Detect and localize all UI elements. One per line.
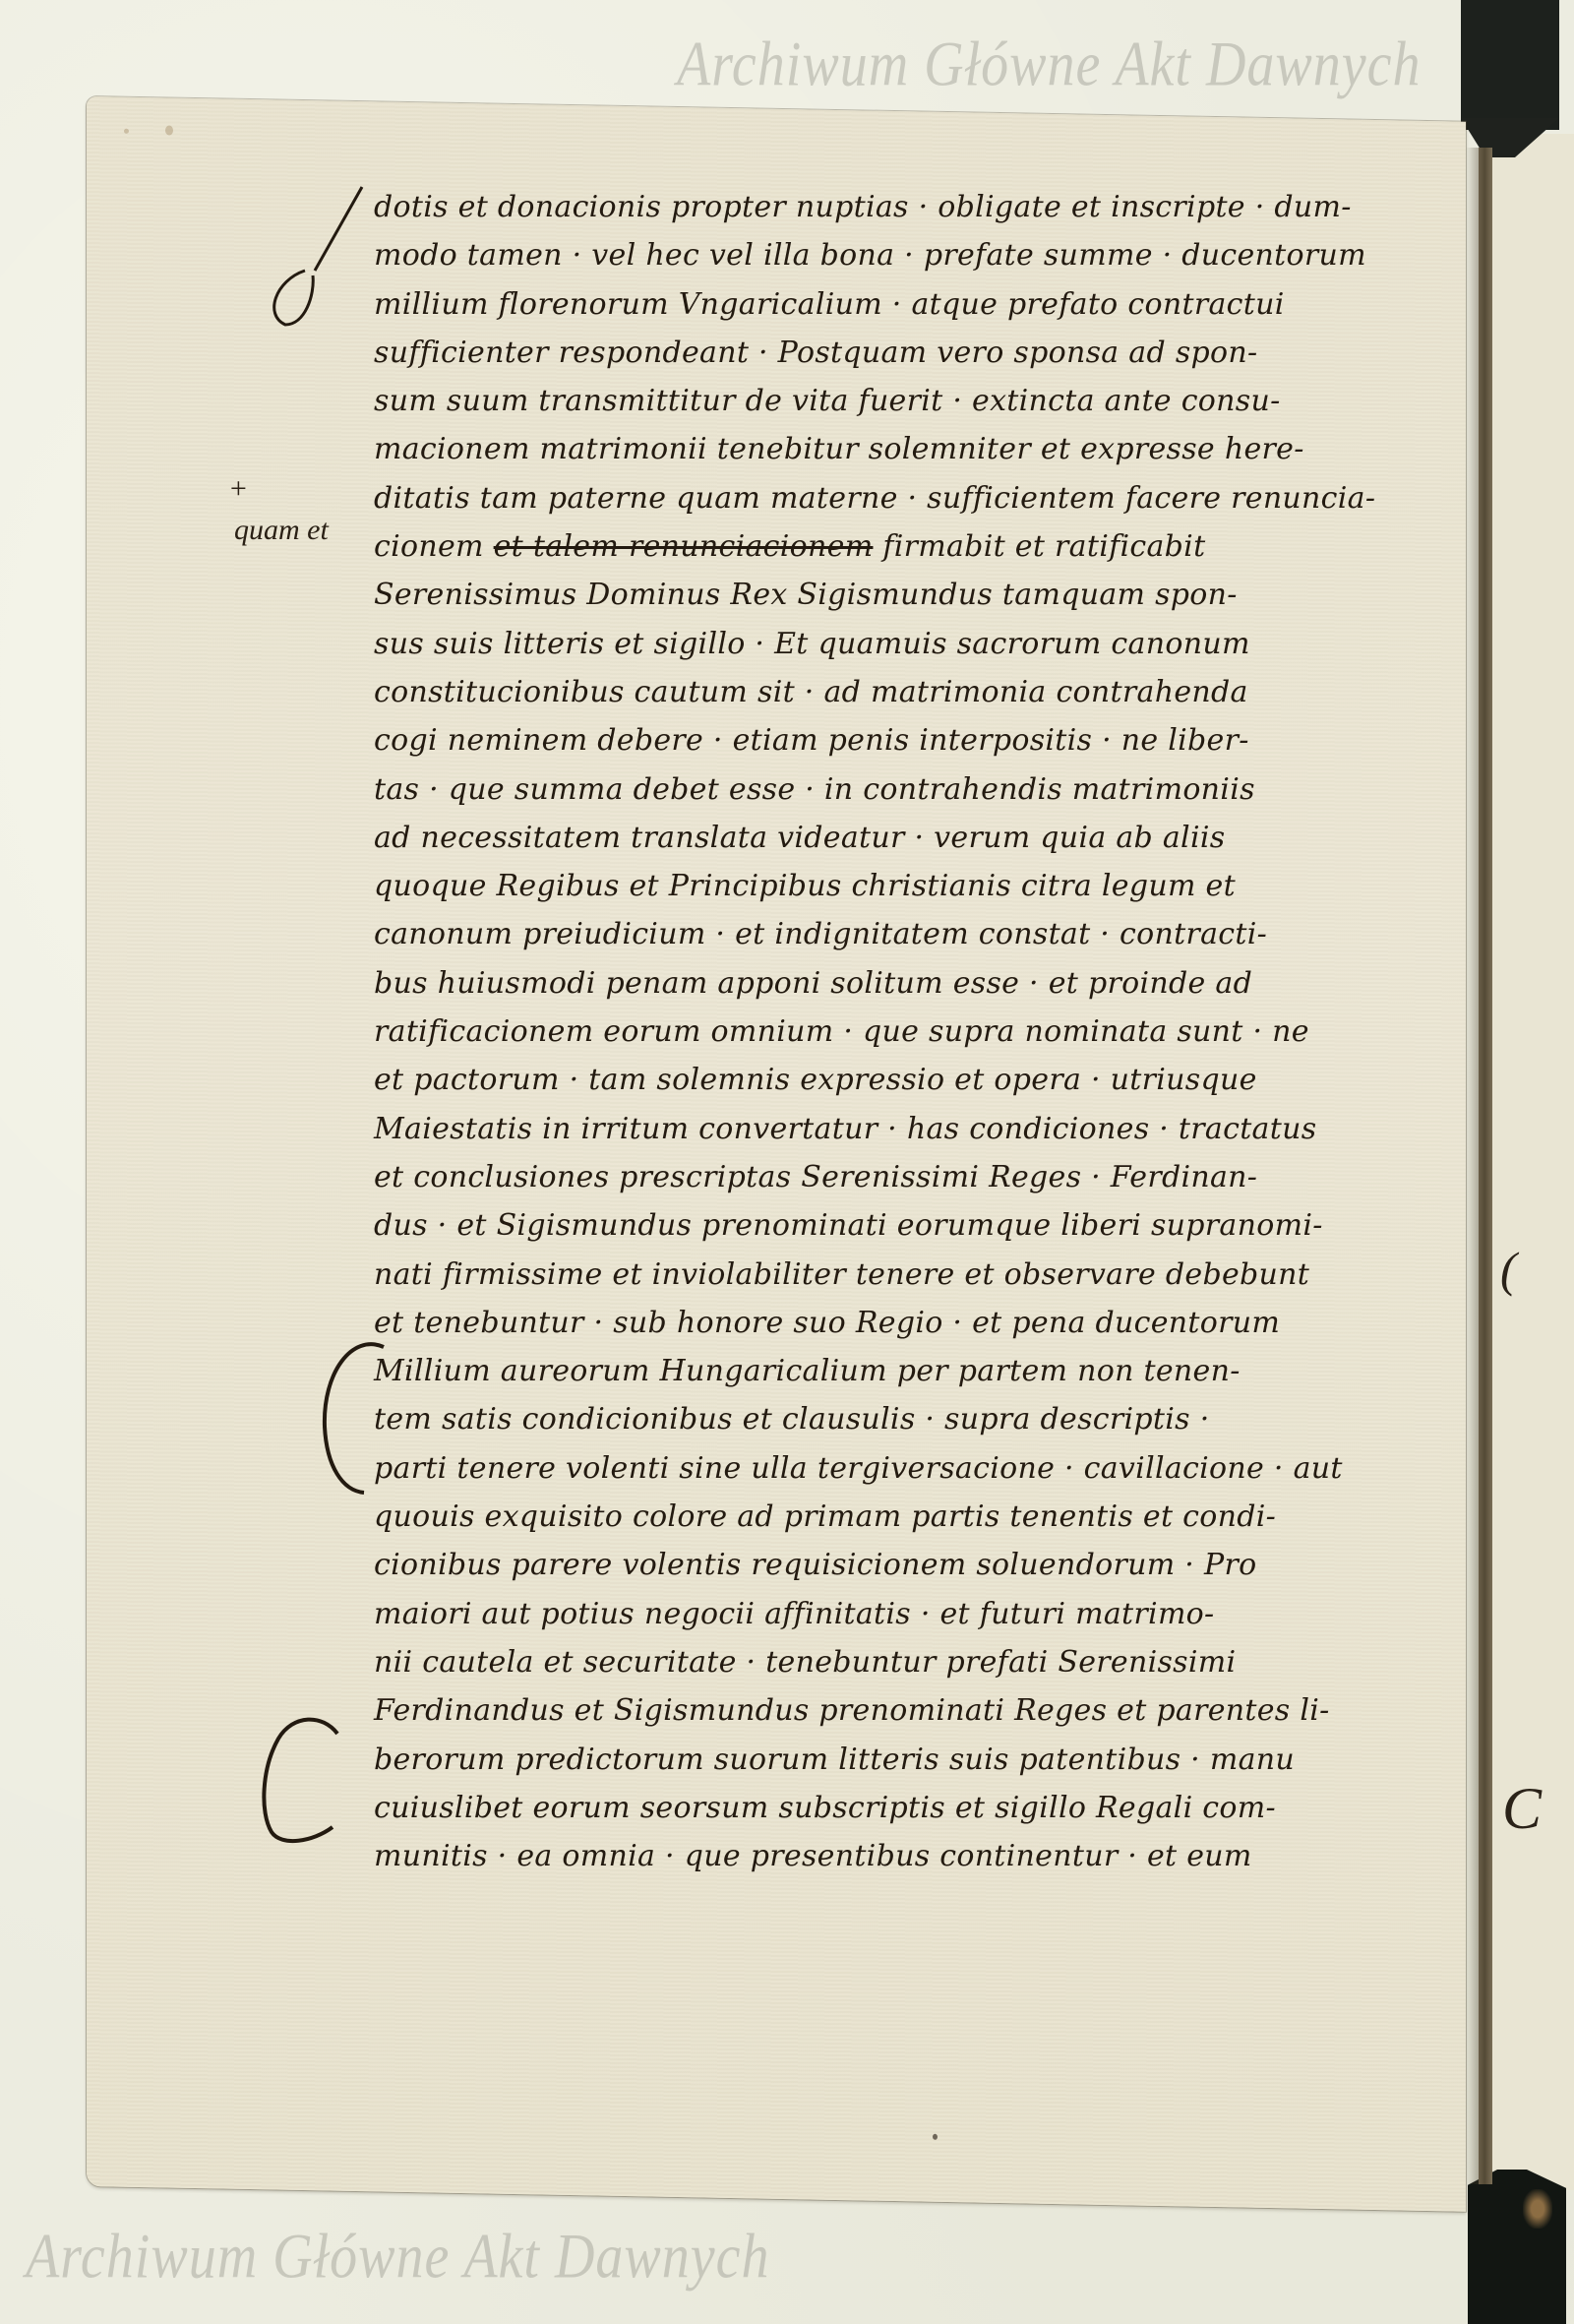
paper-stain: [933, 2134, 938, 2140]
text-segment: cionem: [374, 529, 484, 564]
text-line-with-deletion: cionem et talem renunciacionem firmabit …: [374, 522, 1436, 571]
facing-page-ink-mark: C: [1502, 1775, 1542, 1843]
manuscript-text: dotis et donacionis propter nuptias · ob…: [374, 183, 1436, 1880]
watermark-top: Archiwum Główne Akt Dawnych: [677, 29, 1421, 101]
text-line: canonum preiudicium · et indignitatem co…: [374, 910, 1436, 958]
text-line: Serenissimus Dominus Rex Sigismundus tam…: [374, 571, 1436, 619]
binding-strip-top: [1461, 0, 1559, 130]
struck-through-text: et talem renunciacionem: [494, 529, 874, 564]
text-line: macionem matrimonii tenebitur solemniter…: [374, 425, 1436, 473]
text-line: ditatis tam paterne quam materne · suffi…: [374, 474, 1436, 522]
capital-c-flourish-icon: [254, 1714, 342, 1862]
text-line: ad necessitatem translata videatur · ver…: [374, 814, 1436, 862]
text-line: sus suis litteris et sigillo · Et quamui…: [374, 620, 1436, 668]
binding-stain: [1523, 2189, 1552, 2229]
text-line: sum suum transmittitur de vita fuerit · …: [374, 377, 1436, 425]
text-line: et tenebuntur · sub honore suo Regio · e…: [374, 1299, 1436, 1347]
text-line: quoque Regibus et Principibus christiani…: [374, 862, 1436, 910]
facing-page-ink-mark: (: [1500, 1241, 1517, 1298]
text-line: Millium aureorum Hungaricalium per parte…: [374, 1347, 1436, 1395]
text-line: munitis · ea omnia · que presentibus con…: [374, 1832, 1436, 1880]
text-line: nii cautela et securitate · tenebuntur p…: [374, 1638, 1436, 1686]
text-line: ratificacionem eorum omnium · que supra …: [374, 1008, 1436, 1056]
initial-flourish-icon: [246, 177, 374, 335]
text-line: dotis et donacionis propter nuptias · ob…: [374, 183, 1436, 231]
gutter-shadow: [1466, 148, 1479, 2184]
text-line: nati firmissime et inviolabiliter tenere…: [374, 1251, 1436, 1299]
paper-stain: [165, 125, 173, 135]
text-line: millium florenorum Vngaricalium · atque …: [374, 280, 1436, 329]
text-segment: firmabit et ratificabit: [882, 529, 1205, 564]
text-line: tem satis condicionibus et clausulis · s…: [374, 1395, 1436, 1443]
text-line: bus huiusmodi penam apponi solitum esse …: [374, 959, 1436, 1008]
text-line: cionibus parere volentis requisicionem s…: [374, 1541, 1436, 1589]
margin-cross-mark: +: [228, 472, 248, 506]
text-line: parti tenere volenti sine ulla tergivers…: [374, 1444, 1436, 1493]
text-line: cogi neminem debere · etiam penis interp…: [374, 716, 1436, 764]
text-line: Maiestatis in irritum convertatur · has …: [374, 1105, 1436, 1153]
text-line: et conclusiones prescriptas Serenissimi …: [374, 1153, 1436, 1201]
text-line: cuiuslibet eorum seorsum subscriptis et …: [374, 1784, 1436, 1832]
paper-stain: [124, 129, 129, 134]
binding-gutter: [1479, 148, 1492, 2184]
text-line: sufficienter respondeant · Postquam vero…: [374, 329, 1436, 377]
text-line: Ferdinandus et Sigismundus prenominati R…: [374, 1686, 1436, 1735]
text-line: quouis exquisito colore ad primam partis…: [374, 1493, 1436, 1541]
text-line: constitucionibus cautum sit · ad matrimo…: [374, 668, 1436, 716]
watermark-bottom: Archiwum Główne Akt Dawnych: [26, 2221, 769, 2293]
text-line: tas · que summa debet esse · in contrahe…: [374, 765, 1436, 814]
margin-insertion-note: quam et: [234, 514, 329, 547]
text-line: modo tamen · vel hec vel illa bona · pre…: [374, 231, 1436, 279]
facing-page: ( C: [1492, 134, 1574, 2190]
text-line: berorum predictorum suorum litteris suis…: [374, 1736, 1436, 1784]
text-line: et pactorum · tam solemnis expressio et …: [374, 1056, 1436, 1104]
text-line: maiori aut potius negocii affinitatis · …: [374, 1590, 1436, 1638]
text-line: dus · et Sigismundus prenominati eorumqu…: [374, 1201, 1436, 1250]
